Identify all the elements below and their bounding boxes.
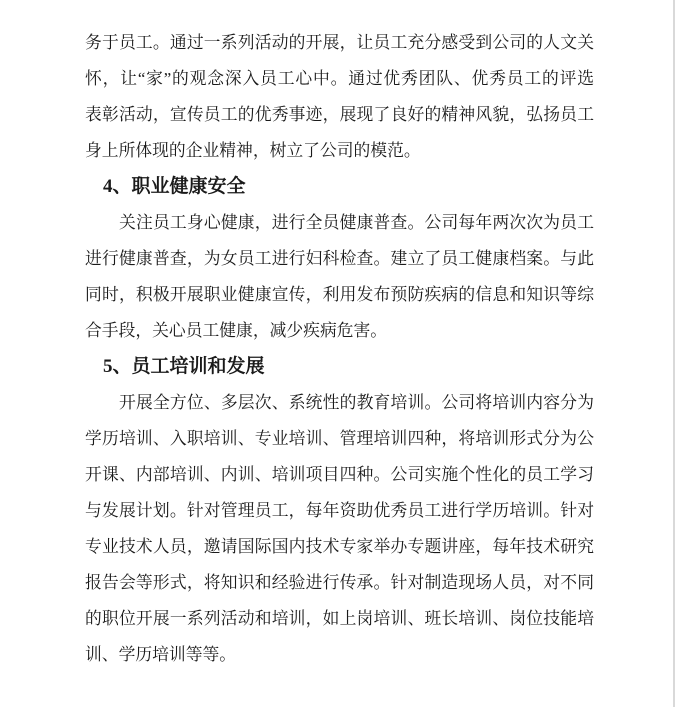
text-line: 与发展计划。针对管理员工，每年资助优秀员工进行学历培训。针对 — [85, 493, 594, 529]
text-line: 报告会等形式，将知识和经验进行传承。针对制造现场人员，对不同 — [85, 565, 594, 601]
text-line: 表彰活动，宣传员工的优秀事迹，展现了良好的精神风貌，弘扬员工 — [85, 97, 594, 133]
paragraph-occupational-health: 关注员工身心健康，进行全员健康普查。公司每年两次次为员工进行健康普查，为女员工进… — [85, 205, 594, 349]
text-line: 务于员工。通过一系列活动的开展，让员工充分感受到公司的人文关 — [85, 25, 594, 61]
page-edge-line — [673, 0, 675, 707]
paragraph-training-development: 开展全方位、多层次、系统性的教育培训。公司将培训内容分为学历培训、入职培训、专业… — [85, 385, 594, 673]
text-line: 开课、内部培训、内训、培训项目四种。公司实施个性化的员工学习 — [85, 457, 594, 493]
text-line: 同时，积极开展职业健康宣传，利用发布预防疾病的信息和知识等综 — [85, 277, 594, 313]
text-line: 开展全方位、多层次、系统性的教育培训。公司将培训内容分为 — [85, 385, 594, 421]
text-line: 怀，让“家”的观念深入员工心中。通过优秀团队、优秀员工的评选 — [85, 61, 594, 97]
text-line: 学历培训、入职培训、专业培训、管理培训四种，将培训形式分为公 — [85, 421, 594, 457]
text-line: 身上所体现的企业精神，树立了公司的模范。 — [85, 133, 594, 169]
text-line: 进行健康普查，为女员工进行妇科检查。建立了员工健康档案。与此 — [85, 241, 594, 277]
text-line: 的职位开展一系列活动和培训，如上岗培训、班长培训、岗位技能培 — [85, 601, 594, 637]
text-line: 关注员工身心健康，进行全员健康普查。公司每年两次次为员工 — [85, 205, 594, 241]
document-text: 务于员工。通过一系列活动的开展，让员工充分感受到公司的人文关怀，让“家”的观念深… — [85, 25, 594, 673]
section-heading-occupational-health: 4、职业健康安全 — [85, 169, 594, 205]
text-line: 专业技术人员，邀请国际国内技术专家举办专题讲座，每年技术研究 — [85, 529, 594, 565]
text-line: 训、学历培训等等。 — [85, 637, 594, 673]
section-heading-training-development: 5、员工培训和发展 — [85, 349, 594, 385]
text-line: 合手段，关心员工健康，减少疾病危害。 — [85, 313, 594, 349]
paragraph-continuation: 务于员工。通过一系列活动的开展，让员工充分感受到公司的人文关怀，让“家”的观念深… — [85, 25, 594, 169]
document-page: 务于员工。通过一系列活动的开展，让员工充分感受到公司的人文关怀，让“家”的观念深… — [0, 0, 676, 707]
